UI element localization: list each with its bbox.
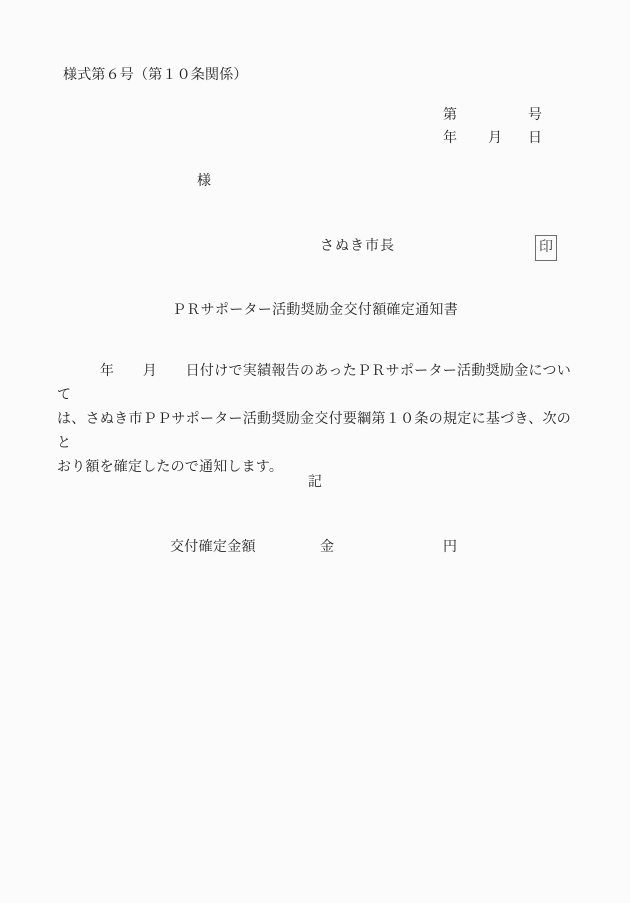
amount-currency-unit: 円 (443, 541, 457, 555)
amount-currency-prefix: 金 (320, 541, 334, 555)
body-paragraph: 年 月 日付けで実績報告のあったＰＲサポーター活動奨励金について は、さぬき市Ｐ… (57, 360, 571, 480)
doc-number-prefix: 第 (443, 109, 457, 123)
form-number-label: 様式第６号（第１０条関係） (63, 69, 248, 83)
seal-stamp-box: 印 (535, 235, 557, 261)
addressee-honorific: 様 (197, 175, 211, 189)
date-month-label: 月 (488, 132, 502, 146)
doc-number-suffix: 号 (528, 109, 542, 123)
document-page: 様式第６号（第１０条関係） 第 号 年 月 日 様 さぬき市長 印 ＰＲサポータ… (0, 0, 630, 903)
body-line-2: は、さぬき市ＰＰサポーター活動奨励金交付要綱第１０条の規定に基づき、次のと (57, 408, 571, 456)
date-day-label: 日 (528, 132, 542, 146)
amount-label: 交付確定金額 (170, 541, 256, 555)
date-year-label: 年 (443, 132, 457, 146)
body-line-1: 年 月 日付けで実績報告のあったＰＲサポーター活動奨励金について (57, 360, 571, 408)
section-marker-ki: 記 (0, 476, 630, 490)
document-title: ＰＲサポーター活動奨励金交付額確定通知書 (0, 304, 630, 318)
sender-title: さぬき市長 (320, 240, 395, 254)
